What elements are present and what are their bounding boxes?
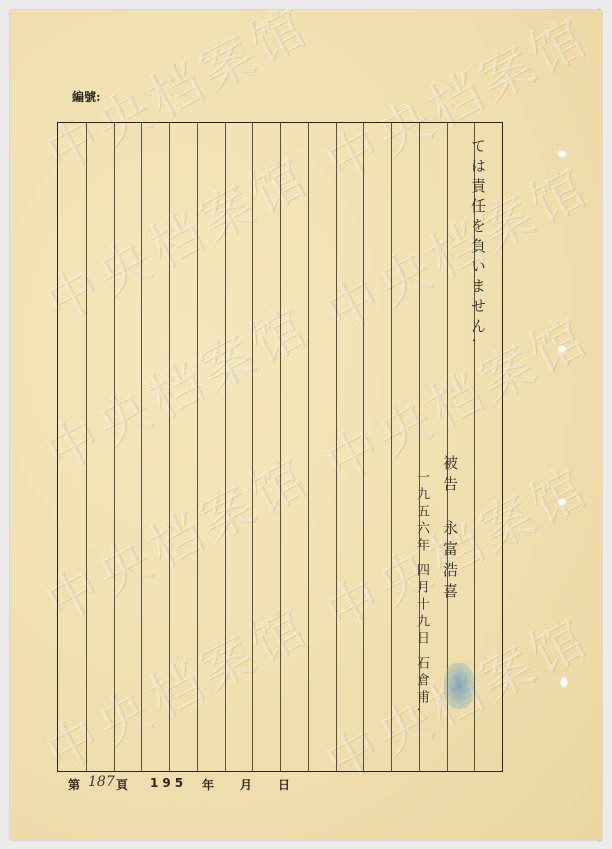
ink-seal-stamp [444, 663, 474, 709]
serial-number-label: 編號: [72, 88, 100, 105]
page-suffix: 頁 [116, 776, 128, 793]
manuscript-grid [57, 122, 503, 772]
punch-hole [557, 150, 567, 158]
body-text-line: ては責任を負いません. [468, 138, 489, 348]
signature-date: 一九五六年 四月十九日 石倉甫. [412, 470, 431, 715]
year-label: 年 [202, 776, 214, 793]
signature-role: 被告 [440, 455, 461, 497]
month-label: 月 [240, 776, 252, 793]
grid-column-divider [225, 123, 226, 771]
grid-column-divider [280, 123, 281, 771]
grid-column-divider [141, 123, 142, 771]
grid-column-divider [86, 123, 87, 771]
day-label: 日 [278, 776, 290, 793]
grid-column-divider [336, 123, 337, 771]
year-prefix: 195 [150, 776, 187, 790]
punch-hole [557, 345, 567, 353]
punch-hole [560, 676, 568, 688]
signature-name: 永富浩喜 [440, 520, 461, 604]
grid-column-divider [363, 123, 364, 771]
punch-hole [557, 498, 567, 506]
grid-column-divider [252, 123, 253, 771]
page-number: 187 [88, 774, 115, 790]
grid-column-divider [169, 123, 170, 771]
grid-column-divider [114, 123, 115, 771]
page-prefix: 第 [68, 776, 80, 793]
grid-column-divider [391, 123, 392, 771]
grid-column-divider [197, 123, 198, 771]
grid-column-divider [308, 123, 309, 771]
